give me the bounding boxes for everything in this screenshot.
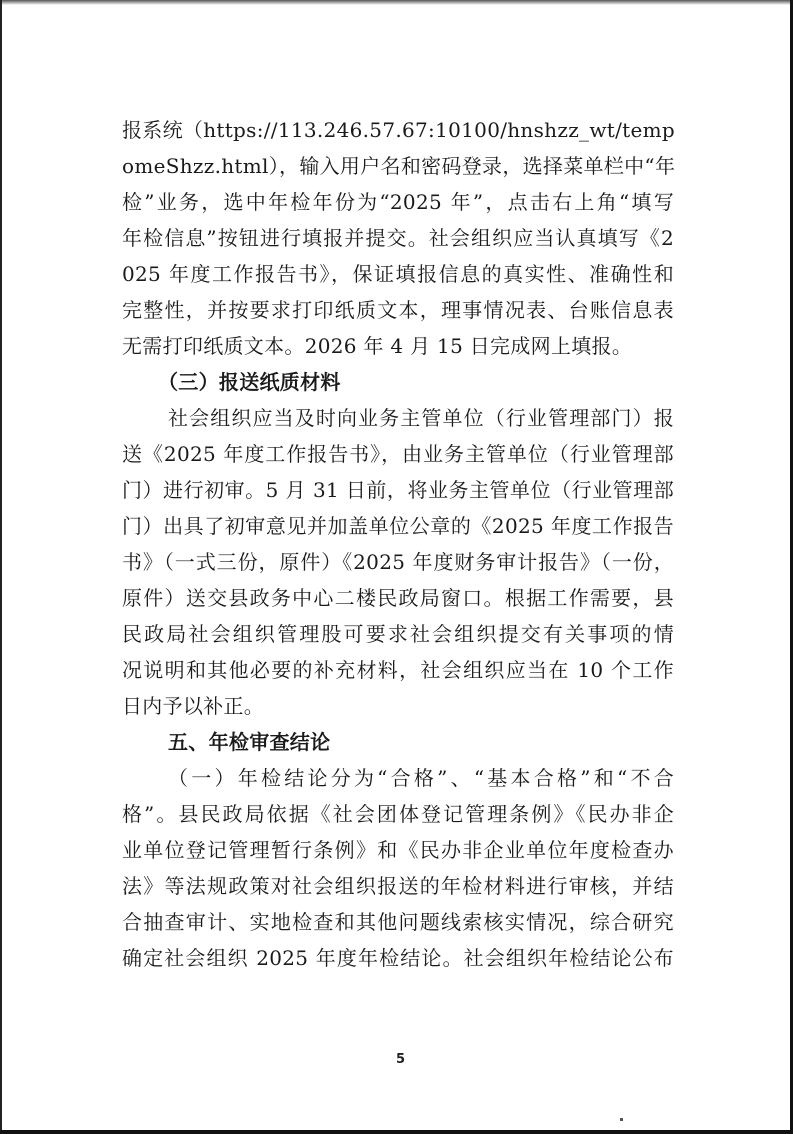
body-line: 书》（一式三份，原件）《2025 年度财务审计报告》（一份， <box>122 545 674 579</box>
body-line: 业单位登记管理暂行条例》和《民办非企业单位年度检查办 <box>122 833 674 867</box>
body-line: 确定社会组织 2025 年度年检结论。社会组织年检结论公布 <box>122 941 674 975</box>
body-line: 门）出具了初审意见并加盖单位公章的《2025 年度工作报告 <box>122 509 674 543</box>
body-line: 民政局社会组织管理股可要求社会组织提交有关事项的情 <box>122 617 674 651</box>
body-line: 送《2025 年度工作报告书》，由业务主管单位（行业管理部 <box>122 437 674 471</box>
body-line: 完整性，并按要求打印纸质文本，理事情况表、台账信息表 <box>122 293 674 327</box>
section-heading-submit-paper-materials: （三）报送纸质材料 <box>158 365 710 399</box>
document-page: 报系统（https://113.246.57.67:10100/hnshzz_w… <box>0 0 793 1134</box>
body-line: 日内予以补正。 <box>122 689 674 723</box>
body-line: 合抽查审计、实地检查和其他问题线索核实情况，综合研究 <box>122 905 674 939</box>
body-line: 年检信息”按钮进行填报并提交。社会组织应当认真填写《2 <box>122 221 674 255</box>
body-line: 格”。县民政局依据《社会团体登记管理条例》《民办非企 <box>122 797 674 831</box>
section-heading-review-conclusion: 五、年检审查结论 <box>168 725 674 759</box>
body-line: （一）年检结论分为“合格”、“基本合格”和“不合 <box>168 761 674 795</box>
body-line: 报系统（https://113.246.57.67:10100/hnshzz_w… <box>122 113 674 147</box>
body-line: 况说明和其他必要的补充材料，社会组织应当在 10 个工作 <box>122 653 674 687</box>
body-line: 法》等法规政策对社会组织报送的年检材料进行审核，并结 <box>122 869 674 903</box>
body-line: omeShzz.html），输入用户名和密码登录，选择菜单栏中“年 <box>122 149 674 183</box>
body-line: 无需打印纸质文本。2026 年 4 月 15 日完成网上填报。 <box>122 329 674 363</box>
page-number: 5 <box>396 1052 405 1067</box>
scan-speck <box>620 1118 623 1121</box>
body-line: 门）进行初审。5 月 31 日前，将业务主管单位（行业管理部 <box>122 473 674 507</box>
body-line: 社会组织应当及时向业务主管单位（行业管理部门）报 <box>168 401 674 435</box>
body-line: 检”业务，选中年检年份为“2025 年”，点击右上角“填写 <box>122 185 674 219</box>
body-line: 025 年度工作报告书》，保证填报信息的真实性、准确性和 <box>122 257 674 291</box>
body-line: 原件）送交县政务中心二楼民政局窗口。根据工作需要，县 <box>122 581 674 615</box>
